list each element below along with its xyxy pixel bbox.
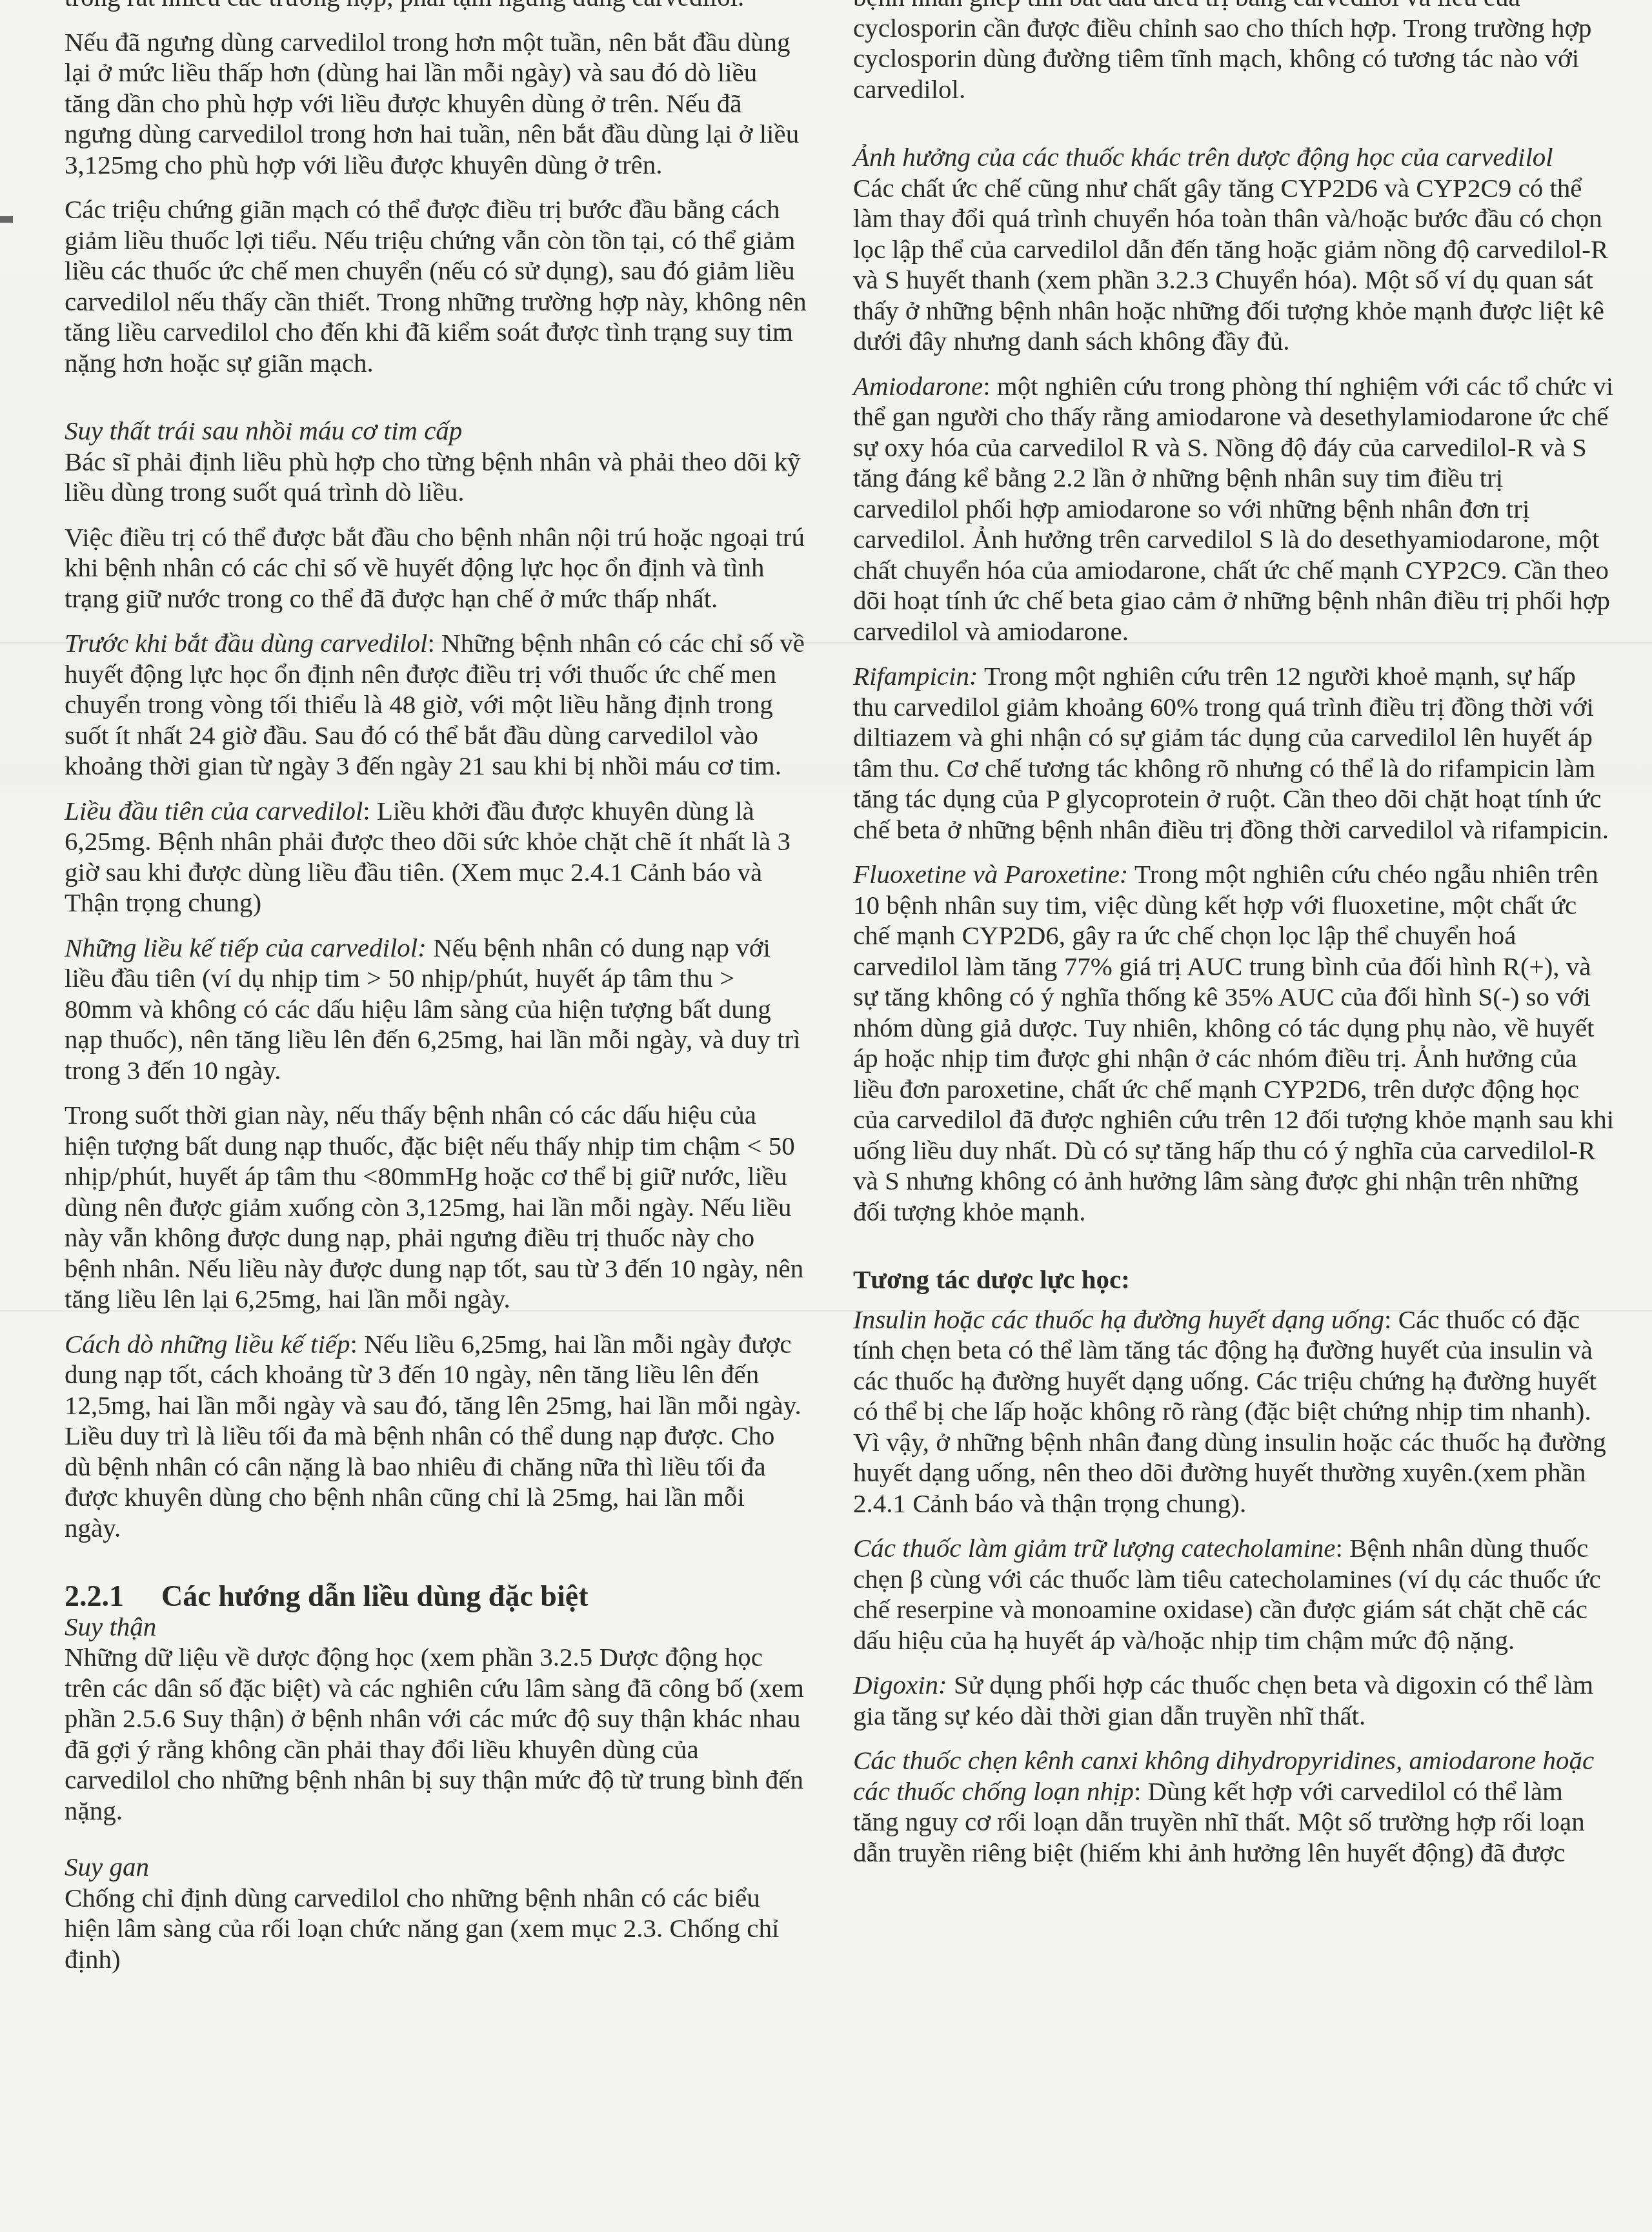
paragraph: Bác sĩ phải định liều phù hợp cho từng b… [65, 447, 807, 508]
paragraph: trong rất nhiều các trường hợp, phải tạm… [65, 0, 807, 13]
paragraph: bệnh nhân ghép tim bắt đầu điều trị bằng… [853, 0, 1615, 105]
paragraph: Các chất ức chế cũng như chất gây tăng C… [853, 173, 1615, 357]
inline-label: Fluoxetine và Paroxetine: [853, 859, 1129, 889]
section-number: 2.2.1 [65, 1581, 161, 1612]
paragraph: Trước khi bắt đầu dùng carvedilol: Những… [65, 628, 807, 782]
inline-text: : Nếu liều 6,25mg, hai lần mỗi ngày được… [65, 1329, 801, 1543]
inline-label: Insulin hoặc các thuốc hạ đường huyết dạ… [853, 1304, 1384, 1334]
paragraph: Fluoxetine và Paroxetine: Trong một nghi… [853, 859, 1615, 1227]
section-title: Các hướng dẫn liều dùng đặc biệt [161, 1579, 588, 1612]
inline-text: Sử dụng phối hợp các thuốc chẹn beta và … [853, 1670, 1593, 1730]
scan-edge-mark [0, 216, 13, 223]
paragraph: Các thuốc chẹn kênh canxi không dihydrop… [853, 1745, 1615, 1868]
right-column: bệnh nhân ghép tim bắt đầu điều trị bằng… [853, 0, 1615, 1882]
section-heading: 2.2.1Các hướng dẫn liều dùng đặc biệt [65, 1581, 807, 1612]
paragraph: Liều đầu tiên của carvedilol: Liều khởi … [65, 796, 807, 918]
paragraph: Digoxin: Sử dụng phối hợp các thuốc chẹn… [853, 1670, 1615, 1731]
paragraph: Trong suốt thời gian này, nếu thấy bệnh … [65, 1100, 807, 1315]
paragraph: Những dữ liệu về dược động học (xem phần… [65, 1642, 807, 1826]
inline-label: Cách dò những liều kế tiếp [65, 1329, 350, 1359]
inline-label: Các thuốc làm giảm trữ lượng catecholami… [853, 1533, 1336, 1563]
inline-label: Amiodarone [853, 371, 983, 401]
inline-label: Digoxin: [853, 1670, 947, 1699]
heading-pd-interactions: Tương tác dược lực học: [853, 1264, 1615, 1295]
left-column: trong rất nhiều các trường hợp, phải tạm… [65, 0, 807, 1989]
paragraph: Các thuốc làm giảm trữ lượng catecholami… [853, 1533, 1615, 1656]
paragraph: Cách dò những liều kế tiếp: Nếu liều 6,2… [65, 1329, 807, 1544]
paragraph: Các triệu chứng giãn mạch có thể được đi… [65, 194, 807, 378]
paragraph: Insulin hoặc các thuốc hạ đường huyết dạ… [853, 1304, 1615, 1519]
inline-label: Liều đầu tiên của carvedilol [65, 796, 363, 826]
scanned-page: trong rất nhiều các trường hợp, phải tạm… [0, 0, 1652, 2232]
subheading-pk-interactions: Ảnh hưởng của các thuốc khác trên dược đ… [853, 142, 1615, 173]
paragraph: Những liều kế tiếp của carvedilol: Nếu b… [65, 933, 807, 1086]
subheading-post-mi: Suy thất trái sau nhồi máu cơ tim cấp [65, 416, 807, 447]
inline-label: Rifampicin: [853, 661, 978, 691]
paragraph: Việc điều trị có thể được bắt đầu cho bệ… [65, 522, 807, 614]
paragraph: Nếu đã ngưng dùng carvedilol trong hơn m… [65, 27, 807, 181]
subheading-renal: Suy thận [65, 1612, 807, 1643]
inline-text: Trong một nghiên cứu chéo ngẫu nhiên trê… [853, 859, 1614, 1226]
inline-text: : một nghiên cứu trong phòng thí nghiệm … [853, 371, 1613, 646]
paragraph: Amiodarone: một nghiên cứu trong phòng t… [853, 371, 1615, 647]
paragraph: Chống chỉ định dùng carvedilol cho những… [65, 1883, 807, 1975]
inline-label: Những liều kế tiếp của carvedilol: [65, 933, 427, 962]
inline-text: : Các thuốc có đặc tính chẹn beta có thể… [853, 1304, 1606, 1518]
subheading-hepatic: Suy gan [65, 1852, 807, 1883]
paragraph: Rifampicin: Trong một nghiên cứu trên 12… [853, 661, 1615, 845]
inline-label: Trước khi bắt đầu dùng carvedilol [65, 628, 427, 658]
